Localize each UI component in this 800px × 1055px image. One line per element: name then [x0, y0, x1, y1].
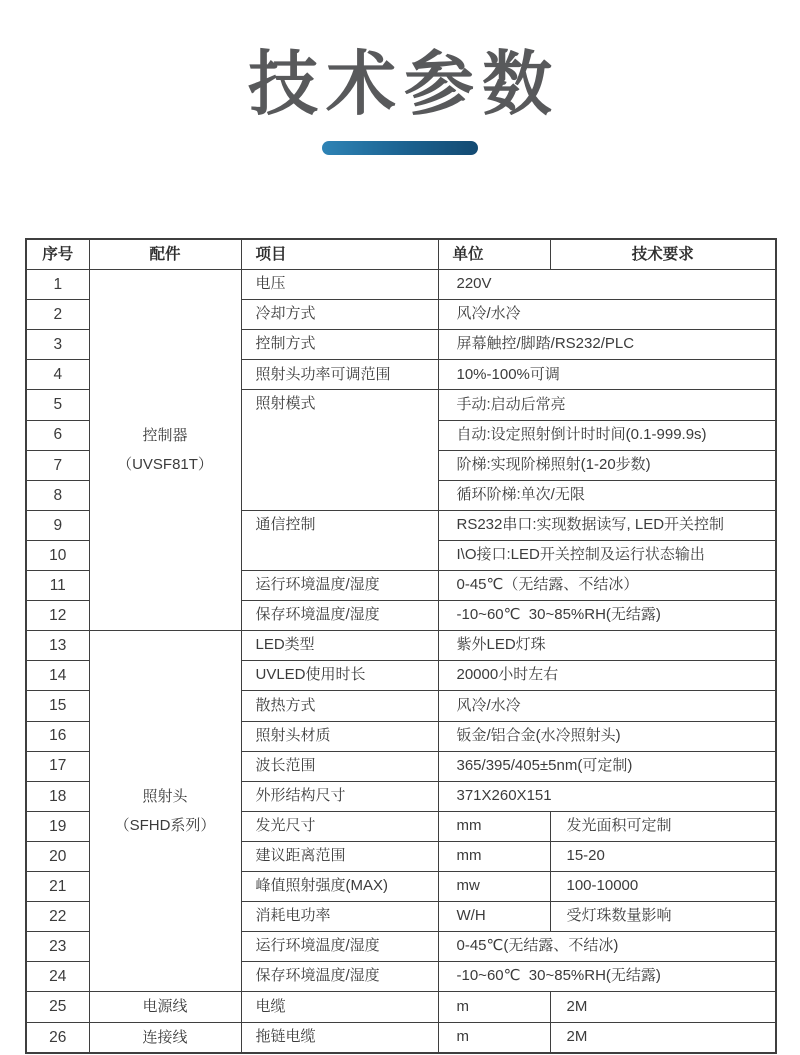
requirement-cell: 2M	[550, 992, 776, 1023]
value-cell: 220V	[438, 270, 776, 300]
value-cell: RS232串口:实现数据读写, LED开关控制	[438, 510, 776, 540]
item-cell: 照射头材质	[241, 721, 438, 751]
value-cell: 钣金/铝合金(水冷照射头)	[438, 721, 776, 751]
row-number-cell: 12	[26, 601, 89, 631]
item-cell: 保存环境温度/湿度	[241, 962, 438, 992]
value-cell: 0-45℃(无结露、不结冰)	[438, 932, 776, 962]
value-cell: 循环阶梯:单次/无限	[438, 480, 776, 510]
value-cell: 阶梯:实现阶梯照射(1-20步数)	[438, 450, 776, 480]
page-title: 技术参数	[0, 0, 800, 125]
accessory-cell: 控制器 （UVSF81T）	[89, 270, 241, 631]
row-number-cell: 21	[26, 871, 89, 901]
row-number-cell: 9	[26, 510, 89, 540]
row-number-cell: 5	[26, 390, 89, 420]
value-cell: 紫外LED灯珠	[438, 631, 776, 661]
table-row: 25电源线电缆m2M	[26, 992, 776, 1023]
unit-cell: m	[438, 992, 550, 1023]
requirement-cell: 发光面积可定制	[550, 811, 776, 841]
row-number-cell: 13	[26, 631, 89, 661]
item-cell: 控制方式	[241, 330, 438, 360]
table-row: 26连接线拖链电缆m2M	[26, 1022, 776, 1053]
value-cell: 0-45℃（无结露、不结冰）	[438, 571, 776, 601]
unit-cell: mw	[438, 871, 550, 901]
row-number-cell: 7	[26, 450, 89, 480]
item-cell: 发光尺寸	[241, 811, 438, 841]
value-cell: 风冷/水冷	[438, 300, 776, 330]
unit-cell: mm	[438, 811, 550, 841]
row-number-cell: 10	[26, 540, 89, 570]
item-cell: 运行环境温度/湿度	[241, 571, 438, 601]
item-cell: 散热方式	[241, 691, 438, 721]
item-cell: 峰值照射强度(MAX)	[241, 871, 438, 901]
header-row: 序号配件项目单位技术要求	[26, 239, 776, 270]
spec-table-container: 序号配件项目单位技术要求 1控制器 （UVSF81T）电压220V2冷却方式风冷…	[25, 238, 775, 1054]
row-number-cell: 2	[26, 300, 89, 330]
column-header: 序号	[26, 239, 89, 270]
row-number-cell: 25	[26, 992, 89, 1023]
row-number-cell: 26	[26, 1022, 89, 1053]
value-cell: -10~60℃ 30~85%RH(无结露)	[438, 962, 776, 992]
item-cell: 波长范围	[241, 751, 438, 781]
row-number-cell: 17	[26, 751, 89, 781]
column-header: 项目	[241, 239, 438, 270]
value-cell: I\O接口:LED开关控制及运行状态输出	[438, 540, 776, 570]
column-header: 配件	[89, 239, 241, 270]
requirement-cell: 2M	[550, 1022, 776, 1053]
column-header: 技术要求	[550, 239, 776, 270]
item-cell: 照射头功率可调范围	[241, 360, 438, 390]
spec-table: 序号配件项目单位技术要求 1控制器 （UVSF81T）电压220V2冷却方式风冷…	[25, 238, 777, 1054]
row-number-cell: 1	[26, 270, 89, 300]
unit-cell: m	[438, 1022, 550, 1053]
item-cell: 电缆	[241, 992, 438, 1023]
item-cell: 运行环境温度/湿度	[241, 932, 438, 962]
table-header: 序号配件项目单位技术要求	[26, 239, 776, 270]
item-cell: 照射模式	[241, 390, 438, 510]
item-cell: 电压	[241, 270, 438, 300]
row-number-cell: 16	[26, 721, 89, 751]
table-body: 1控制器 （UVSF81T）电压220V2冷却方式风冷/水冷3控制方式屏幕触控/…	[26, 270, 776, 1054]
row-number-cell: 15	[26, 691, 89, 721]
row-number-cell: 24	[26, 962, 89, 992]
row-number-cell: 4	[26, 360, 89, 390]
row-number-cell: 19	[26, 811, 89, 841]
value-cell: -10~60℃ 30~85%RH(无结露)	[438, 601, 776, 631]
value-cell: 自动:设定照射倒计时时间(0.1-999.9s)	[438, 420, 776, 450]
row-number-cell: 8	[26, 480, 89, 510]
accessory-cell: 照射头 （SFHD系列）	[89, 631, 241, 992]
item-cell: 拖链电缆	[241, 1022, 438, 1053]
item-cell: UVLED使用时长	[241, 661, 438, 691]
accessory-cell: 连接线	[89, 1022, 241, 1053]
row-number-cell: 23	[26, 932, 89, 962]
row-number-cell: 6	[26, 420, 89, 450]
table-row: 13照射头 （SFHD系列）LED类型紫外LED灯珠	[26, 631, 776, 661]
value-cell: 365/395/405±5nm(可定制)	[438, 751, 776, 781]
item-cell: 通信控制	[241, 510, 438, 570]
row-number-cell: 18	[26, 781, 89, 811]
accessory-cell: 电源线	[89, 992, 241, 1023]
item-cell: 外形结构尺寸	[241, 781, 438, 811]
item-cell: LED类型	[241, 631, 438, 661]
item-cell: 冷却方式	[241, 300, 438, 330]
requirement-cell: 100-10000	[550, 871, 776, 901]
row-number-cell: 22	[26, 902, 89, 932]
page: 技术参数 序号配件项目单位技术要求 1控制器 （UVSF81T）电压220V2冷…	[0, 0, 800, 1055]
value-cell: 20000小时左右	[438, 661, 776, 691]
row-number-cell: 14	[26, 661, 89, 691]
title-underline-bar	[322, 141, 478, 155]
unit-cell: W/H	[438, 902, 550, 932]
requirement-cell: 受灯珠数量影响	[550, 902, 776, 932]
value-cell: 屏幕触控/脚踏/RS232/PLC	[438, 330, 776, 360]
item-cell: 建议距离范围	[241, 841, 438, 871]
requirement-cell: 15-20	[550, 841, 776, 871]
value-cell: 10%-100%可调	[438, 360, 776, 390]
item-cell: 保存环境温度/湿度	[241, 601, 438, 631]
value-cell: 风冷/水冷	[438, 691, 776, 721]
column-header: 单位	[438, 239, 550, 270]
value-cell: 371X260X151	[438, 781, 776, 811]
value-cell: 手动:启动后常亮	[438, 390, 776, 420]
row-number-cell: 11	[26, 571, 89, 601]
row-number-cell: 20	[26, 841, 89, 871]
item-cell: 消耗电功率	[241, 902, 438, 932]
row-number-cell: 3	[26, 330, 89, 360]
unit-cell: mm	[438, 841, 550, 871]
table-row: 1控制器 （UVSF81T）电压220V	[26, 270, 776, 300]
